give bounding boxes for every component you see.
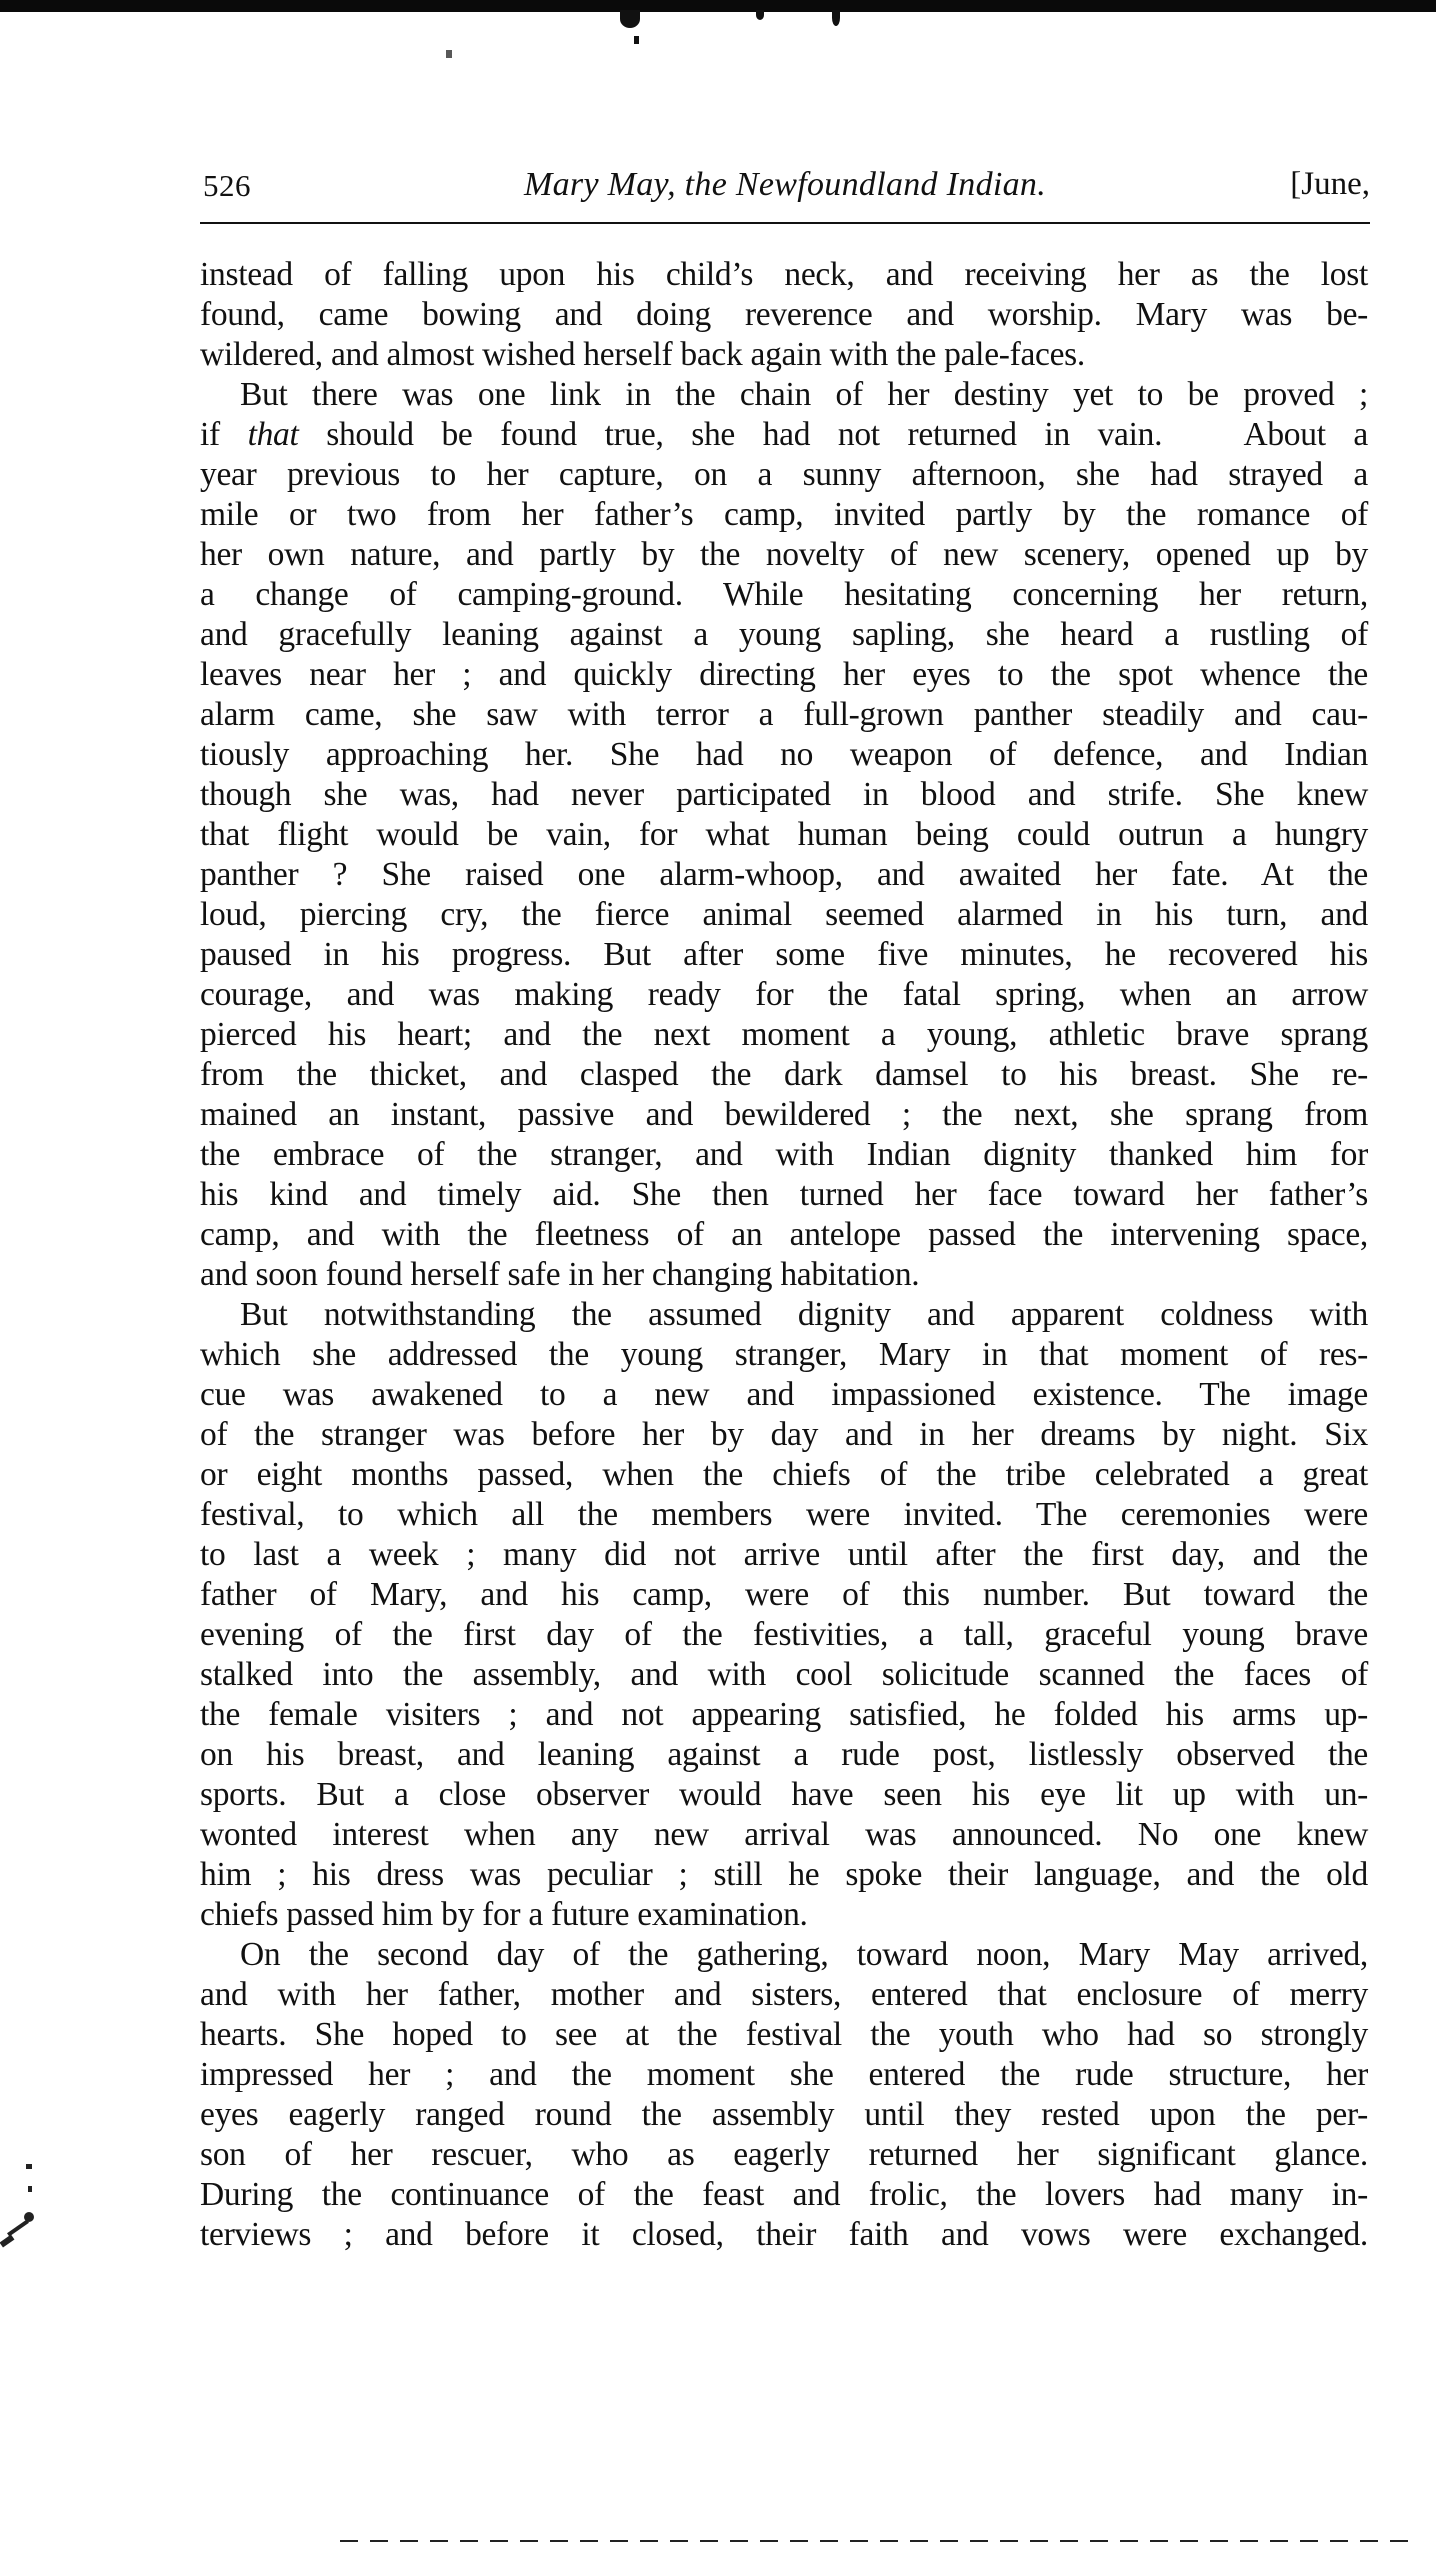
text-segment: if [200, 416, 248, 453]
text-line: son of her rescuer, who as eagerly retur… [200, 2135, 1368, 2175]
text-line: stalked into the assembly, and with cool… [200, 1655, 1368, 1695]
text-line: his kind and timely aid. She then turned… [200, 1175, 1368, 1215]
text-line: the embrace of the stranger, and with In… [200, 1135, 1368, 1175]
article-body: instead of falling upon his child’s neck… [200, 255, 1368, 2255]
scan-artifact [446, 50, 452, 58]
scan-margin-artifact [0, 2160, 40, 2260]
text-line: or eight months passed, when the chiefs … [200, 1455, 1368, 1495]
text-line: which she addressed the young stranger, … [200, 1335, 1368, 1375]
text-line: a change of camping-ground. While hesita… [200, 575, 1368, 615]
text-line: that flight would be vain, for what huma… [200, 815, 1368, 855]
text-line: wonted interest when any new arrival was… [200, 1815, 1368, 1855]
scan-artifact [620, 10, 640, 28]
text-line: the female visiters ; and not appearing … [200, 1695, 1368, 1735]
text-line: of the stranger was before her by day an… [200, 1415, 1368, 1455]
text-line: festival, to which all the members were … [200, 1495, 1368, 1535]
text-line: and soon found herself safe in her chang… [200, 1255, 1368, 1295]
text-line: loud, piercing cry, the fierce animal se… [200, 895, 1368, 935]
text-line: on his breast, and leaning against a rud… [200, 1735, 1368, 1775]
text-line: her own nature, and partly by the novelt… [200, 535, 1368, 575]
scan-bottom-edge [340, 2540, 1420, 2542]
text-line: instead of falling upon his child’s neck… [200, 255, 1368, 295]
text-line: hearts. She hoped to see at the festival… [200, 2015, 1368, 2055]
running-title: Mary May, the Newfoundland Indian. [200, 166, 1370, 204]
scan-artifact [634, 36, 639, 44]
text-line: alarm came, she saw with terror a full-g… [200, 695, 1368, 735]
text-line: mile or two from her father’s camp, invi… [200, 495, 1368, 535]
text-line: leaves near her ; and quickly directing … [200, 655, 1368, 695]
text-line: But notwithstanding the assumed dignity … [200, 1295, 1368, 1335]
text-line: tiously approaching her. She had no weap… [200, 735, 1368, 775]
text-line: courage, and was making ready for the fa… [200, 975, 1368, 1015]
scan-top-edge [0, 0, 1436, 12]
text-line: from the thicket, and clasped the dark d… [200, 1055, 1368, 1095]
header-rule [200, 222, 1370, 224]
text-line: camp, and with the fleetness of an antel… [200, 1215, 1368, 1255]
text-line: wildered, and almost wished herself back… [200, 335, 1368, 375]
text-line: though she was, had never participated i… [200, 775, 1368, 815]
text-line: impressed her ; and the moment she enter… [200, 2055, 1368, 2095]
text-line: to last a week ; many did not arrive unt… [200, 1535, 1368, 1575]
italic-emphasis: that [248, 416, 299, 453]
page-header: 526 Mary May, the Newfoundland Indian. [… [200, 160, 1370, 204]
text-line: mained an instant, passive and bewildere… [200, 1095, 1368, 1135]
text-line: terviews ; and before it closed, their f… [200, 2215, 1368, 2255]
text-line: pierced his heart; and the next moment a… [200, 1015, 1368, 1055]
text-line: panther ? She raised one alarm-whoop, an… [200, 855, 1368, 895]
scan-artifact [832, 10, 840, 26]
issue-month: [June, [1290, 166, 1370, 203]
text-line: found, came bowing and doing reverence a… [200, 295, 1368, 335]
text-line: chiefs passed him by for a future examin… [200, 1895, 1368, 1935]
text-segment: should be found true, she had not return… [299, 416, 1368, 453]
text-line: year previous to her capture, on a sunny… [200, 455, 1368, 495]
text-line: and with her father, mother and sisters,… [200, 1975, 1368, 2015]
text-line: paused in his progress. But after some f… [200, 935, 1368, 975]
text-line: father of Mary, and his camp, were of th… [200, 1575, 1368, 1615]
text-line: and gracefully leaning against a young s… [200, 615, 1368, 655]
text-line: if that should be found true, she had no… [200, 415, 1368, 455]
text-line: cue was awakened to a new and impassione… [200, 1375, 1368, 1415]
text-line: But there was one link in the chain of h… [200, 375, 1368, 415]
text-line: evening of the first day of the festivit… [200, 1615, 1368, 1655]
text-line: sports. But a close observer would have … [200, 1775, 1368, 1815]
scan-artifact [756, 10, 764, 20]
text-line: eyes eagerly ranged round the assembly u… [200, 2095, 1368, 2135]
text-line: During the continuance of the feast and … [200, 2175, 1368, 2215]
text-line: him ; his dress was peculiar ; still he … [200, 1855, 1368, 1895]
text-line: On the second day of the gathering, towa… [200, 1935, 1368, 1975]
